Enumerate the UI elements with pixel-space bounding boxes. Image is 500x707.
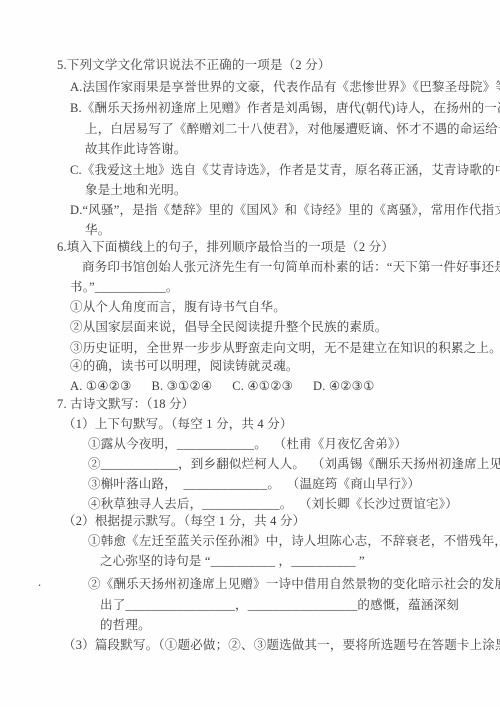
exam-page: 5.下列文学文化常识说法不正确的一项是（2 分）A.法国作家雨果是享誉世界的文豪…: [0, 0, 500, 707]
text-line: ④秋草独寻人去后，____________。 （刘长卿《长沙过贾谊宅》）: [88, 497, 458, 512]
text-line: 出了_________________，_________________的感慨…: [100, 598, 459, 613]
text-line: ②《酬乐天扬州初逢席上见赠》一诗中借用自然景物的变化暗示社会的发展，发: [88, 577, 500, 592]
text-line: B.《酬乐天扬州初逢席上见赠》作者是刘禹锡，唐代(朝代)诗人，在扬州的一次酒宴: [70, 101, 500, 116]
text-line: ①从个人角度而言，腹有诗书气自华。: [70, 300, 286, 315]
text-line: 6.填入下面横线上的句子，排列顺序最恰当的一项是（2 分）: [57, 240, 394, 255]
text-line: ③槲叶落山路， _____________。 （温庭筠《商山早行》）: [88, 477, 420, 492]
text-line: 商务印书馆创始人张元济先生有一句简单而朴素的话：“天下第一件好事还是读: [82, 260, 500, 275]
text-line: （3）篇段默写。（①题必做；②、③题选做其一，要将所选题号在答题卡上涂黑，不涂: [63, 638, 500, 653]
text-line: 的哲理。: [100, 618, 151, 633]
text-line: 上，白居易写了《醉赠刘二十八使君》，对他屡遭贬谪、怀才不遇的命运给予同情，: [85, 122, 500, 137]
text-line: A.法国作家雨果是享誉世界的文豪，代表作品有《悲惨世界》《巴黎圣母院》等。: [70, 80, 500, 95]
text-line: 5.下列文学文化常识说法不正确的一项是（2 分）: [57, 58, 331, 73]
text-line: 书。”___________。: [70, 280, 179, 295]
text-line: ②____________，到乡翻似烂柯人人。 （刘禹锡《酬乐天扬州初逢席上见赠…: [88, 457, 500, 472]
text-line: D.“风骚”，是指《楚辞》里的《国风》和《诗经》里的《离骚》，常用作代指文学才: [70, 203, 500, 218]
stray-mark: .: [38, 575, 41, 590]
text-line: 故其作此诗答谢。: [85, 142, 187, 157]
text-line: 之心弥坚的诗句是 “__________ ，__________ ”: [100, 554, 365, 569]
text-line: ③历史证明，全世界一步步从野蛮走向文明，无不是建立在知识的积累之上。: [70, 341, 500, 356]
text-line: ②从国家层面来说，倡导全民阅读提升整个民族的素质。: [70, 320, 388, 335]
text-line: C.《我爱这土地》选自《艾青诗选》，作者是艾青，原名蒋正涵，艾青诗歌的中心意: [70, 163, 500, 178]
text-line: 7. 古诗文默写：（18 分）: [57, 397, 194, 412]
text-line: 象是土地和光明。: [85, 183, 187, 198]
text-line: 华。: [85, 223, 110, 238]
text-line: （1）上下句默写。（每空 1 分，共 4 分）: [63, 417, 293, 432]
text-line: ①露从今夜明，____________。 （杜甫《月夜忆舍弟》）: [88, 437, 407, 452]
text-line: （2）根据提示默写。（每空 1 分，共 4 分）: [63, 514, 305, 529]
text-line: A. ①④②③ B. ③①②④ C. ④①②③ D. ④②③①: [70, 379, 374, 394]
text-line: ④的确，读书可以明理，阅读铸就灵魂。: [70, 359, 299, 374]
text-line: ①韩愈《左迁至蓝关示侄孙湘》中，诗人坦陈心志，不辞衰老，不惜残年，忠君: [88, 534, 500, 549]
